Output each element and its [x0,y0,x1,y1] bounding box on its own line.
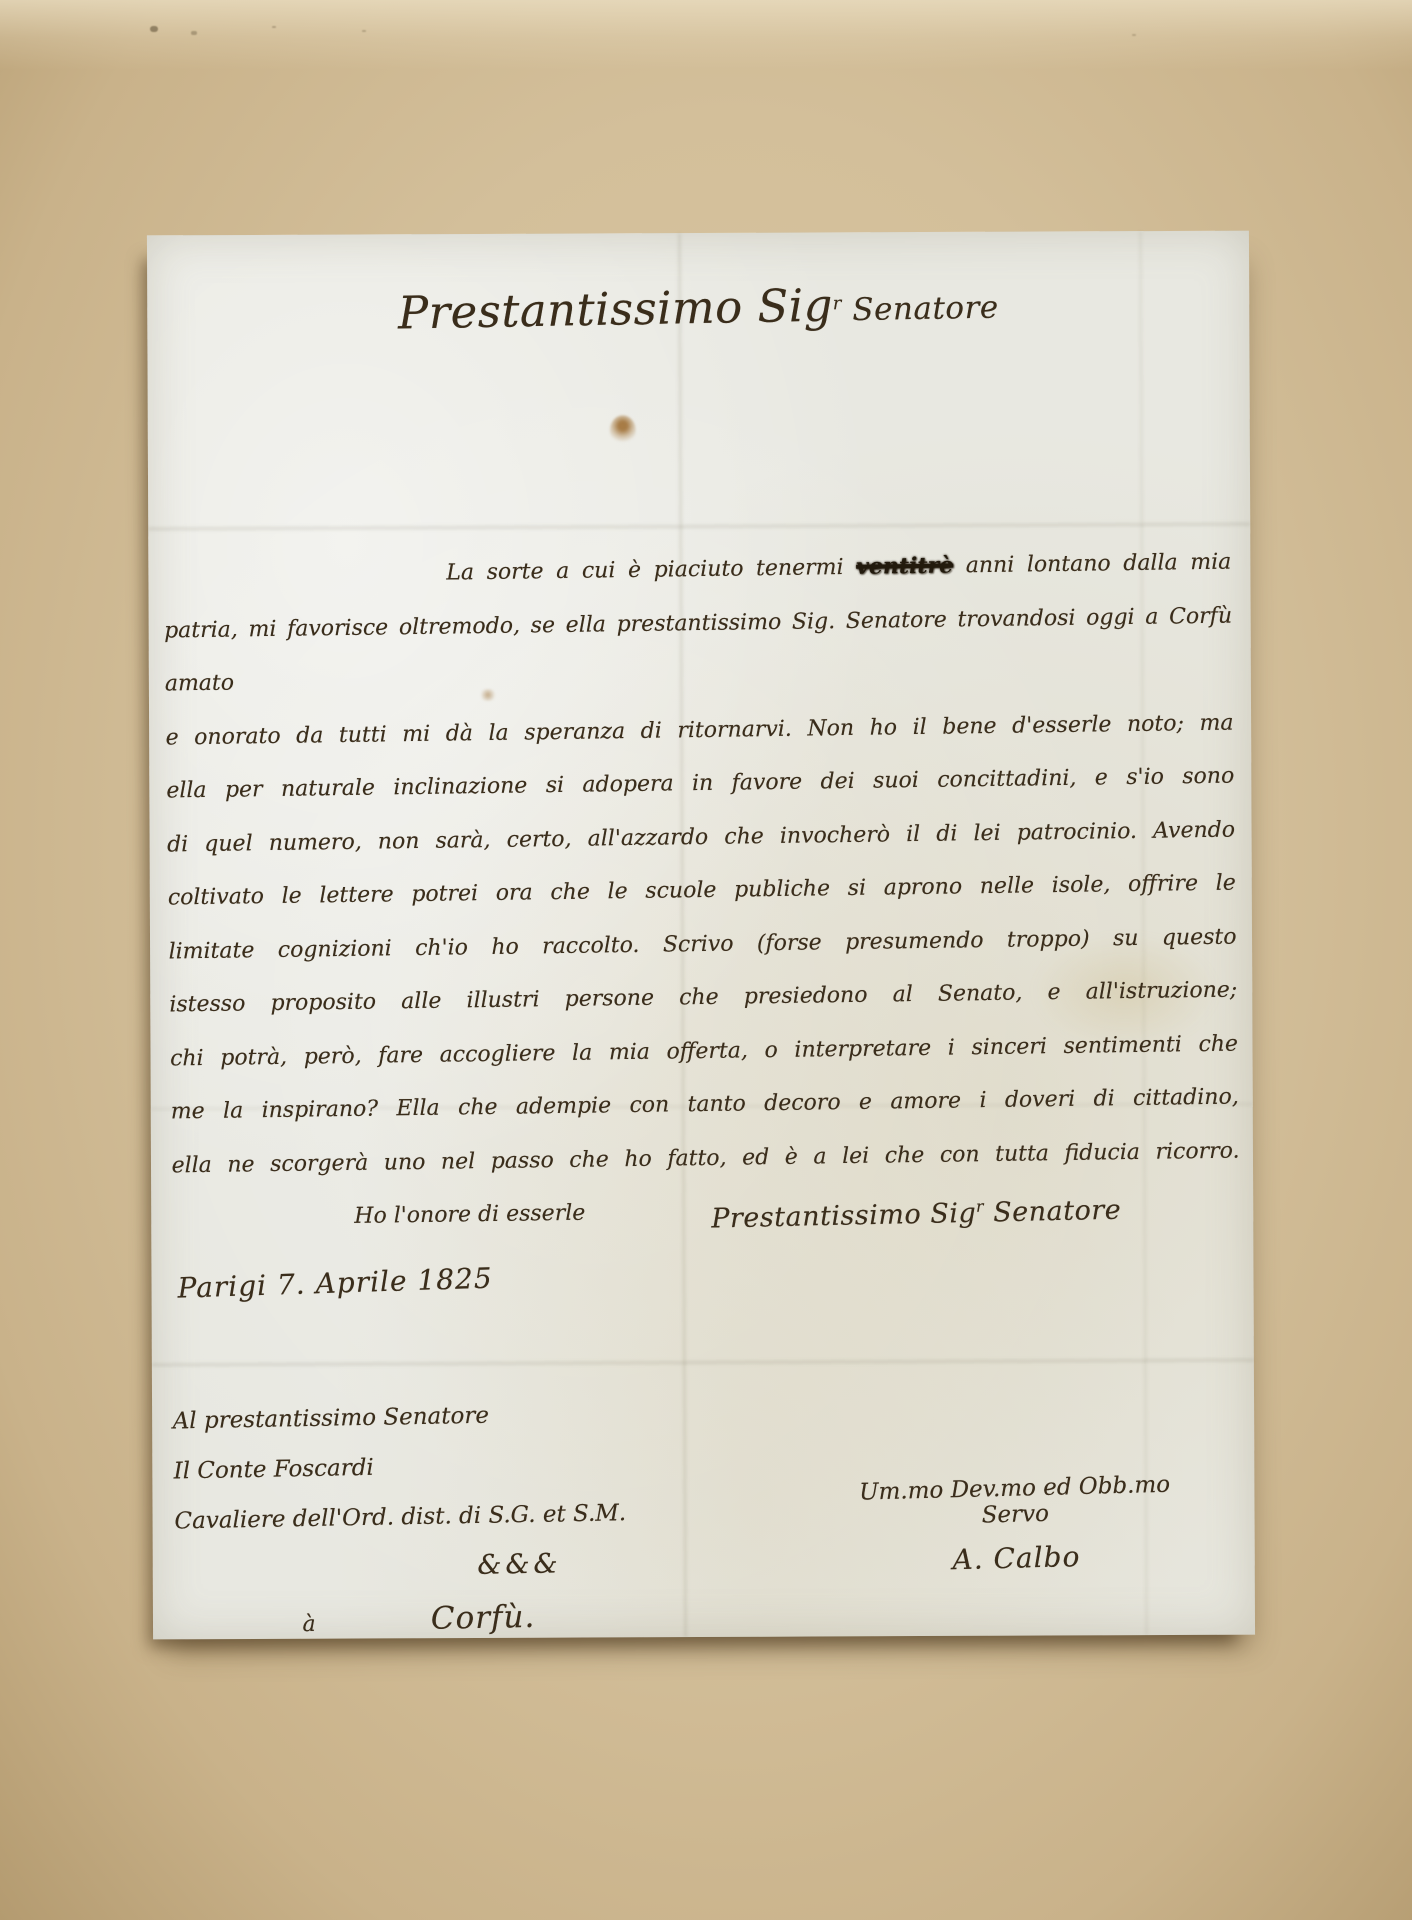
address-line: Cavaliere dell'Ord. dist. di S.G. et S.M… [174,1488,626,1546]
salutation-text: Prestantissimo Sig [397,279,833,340]
horizontal-fold-crease [148,523,1250,531]
etcetera-marks: &&& [175,1538,627,1596]
closing-text: Senatore [984,1195,1122,1229]
address-line: Al prestantissimo Senatore [172,1388,624,1446]
destination-place: Corfù. [430,1592,535,1644]
closing-text: Prestantissimo Sig [711,1198,977,1235]
horizontal-fold-crease [152,1359,1254,1367]
body-text: anni lontano dalla mia [953,550,1231,579]
signature-closing: Um.mo Dev.mo ed Obb.mo Servo [839,1471,1190,1532]
struck-word: ventitrè [856,552,953,579]
salutation-superscript: r [833,293,842,314]
body-text: La sorte a cui è piaciuto tenermi [446,555,856,586]
dateline: Parigi 7. Aprile 1825 [177,1262,493,1305]
body-line: patria, mi favorisce oltremodo, se ella … [164,589,1233,711]
ink-stain [610,415,636,445]
destination-prefix: à [302,1600,316,1650]
paper-edge-marks [150,26,158,32]
signature-block: Um.mo Dev.mo ed Obb.mo Servo A. Calbo [839,1471,1191,1579]
letter-salutation: Prestantissimo Sigr Senatore [147,271,1250,344]
signature-name: A. Calbo [841,1537,1192,1579]
letter-body: La sorte a cui è piaciuto tenermi ventit… [163,536,1241,1246]
photo-background: Prestantissimo Sigr Senatore La sorte a … [0,0,1412,1920]
salutation-text: Senatore [842,290,999,329]
address-line: Il Conte Foscardi [173,1438,625,1496]
destination-line: à Corfù. [176,1590,629,1652]
address-block: Al prestantissimo Senatore Il Conte Fosc… [172,1388,628,1652]
letter-sheet: Prestantissimo Sigr Senatore La sorte a … [147,231,1255,1640]
